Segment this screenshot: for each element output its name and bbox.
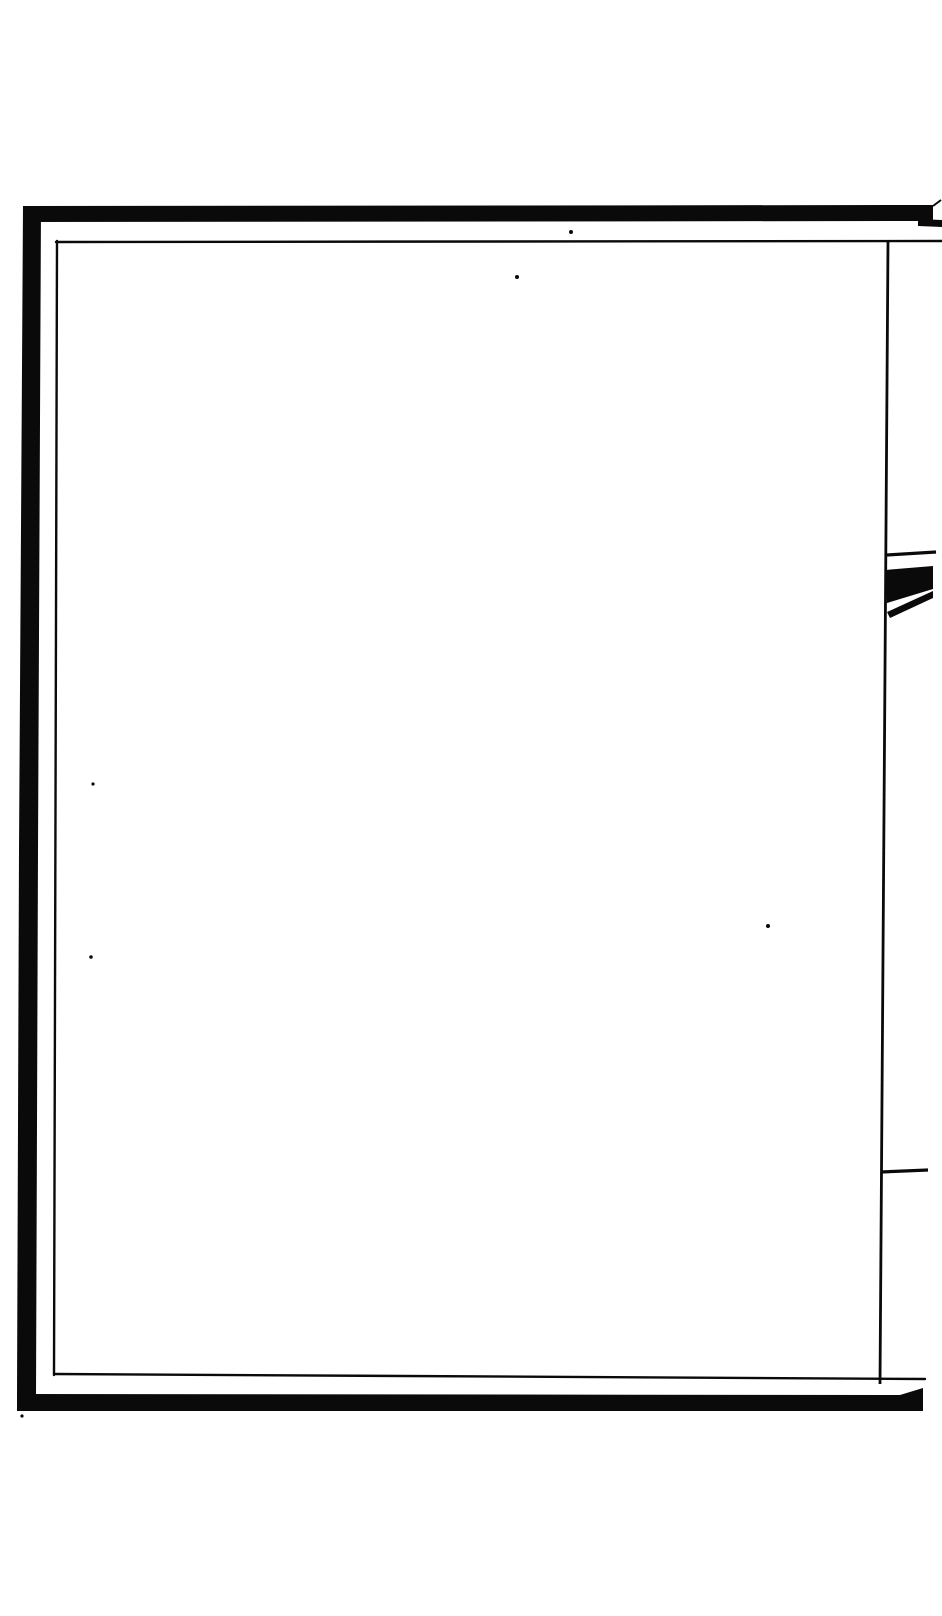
outer-rule-top-tail: [918, 219, 942, 227]
gutter-rule-vertical: [880, 242, 888, 1384]
ink-speck: [515, 275, 519, 279]
ink-specks: ink speck: [20, 230, 770, 1418]
inner-rule-left: [54, 241, 57, 1375]
ink-speck: [20, 1414, 23, 1417]
outer-rule-bottom: [17, 1388, 923, 1411]
inner-rule-bottom: [54, 1374, 925, 1379]
outer-rule-top-tick: [933, 200, 941, 206]
outer-border-rule: thick outer border rule: [17, 200, 942, 1411]
gutter-tick-lower: [881, 1170, 928, 1172]
gutter-wedge: black wedge with diagonal stripe (page-e…: [885, 566, 933, 618]
inner-frame-rule: thin inner frame rule: [54, 241, 942, 1379]
gutter-rule: vertical gutter rule: [880, 242, 936, 1384]
outer-rule-top: [24, 205, 933, 222]
outer-rule-left: [17, 206, 41, 1396]
ink-speck: [89, 955, 93, 959]
ink-speck: [766, 924, 770, 928]
inner-rule-top: [56, 241, 942, 242]
scanned-page: thick outer border rule thin inner frame…: [0, 0, 942, 1616]
ink-speck: [91, 782, 94, 785]
page-artwork: thick outer border rule thin inner frame…: [0, 0, 942, 1616]
gutter-tick-upper: [887, 552, 936, 555]
ink-speck: [569, 230, 573, 234]
